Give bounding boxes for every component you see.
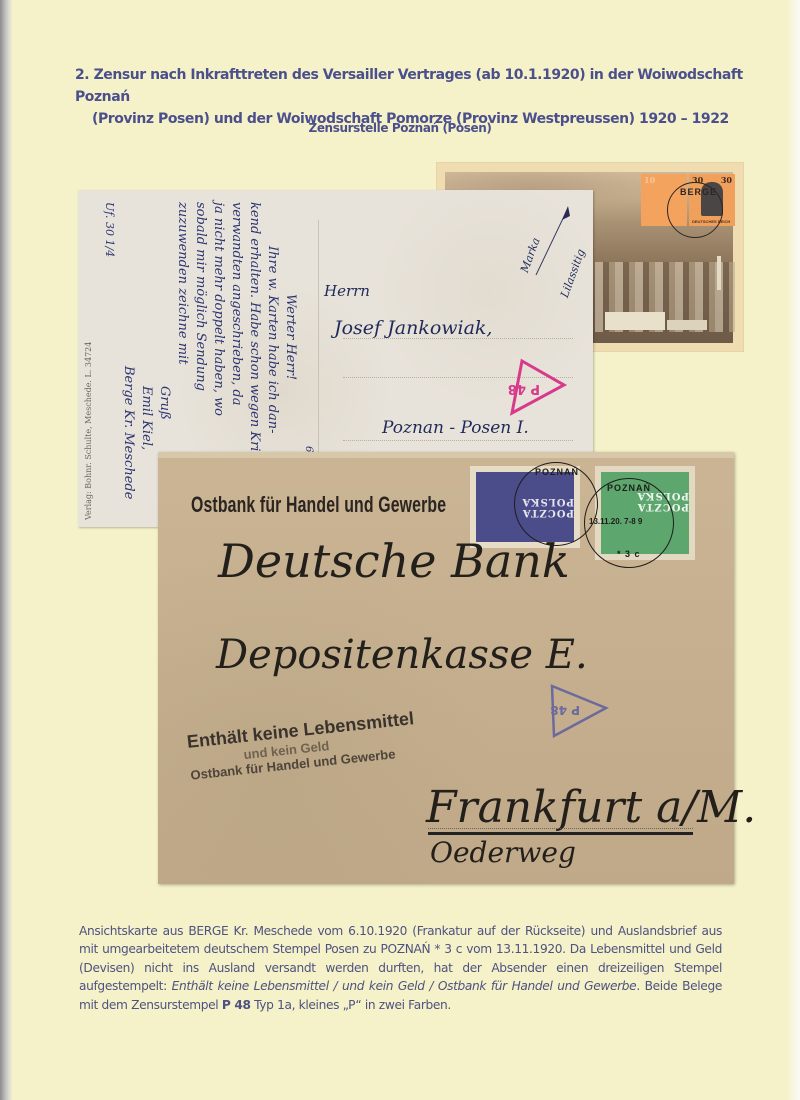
- address-line-2: Depositenkasse E.: [216, 632, 588, 678]
- message-line: zuzuwenden zeichne mit: [175, 202, 190, 364]
- house-image: [605, 312, 665, 330]
- addressee-city: Poznan - Posen I.: [382, 418, 529, 438]
- address-dotted-line: [343, 440, 573, 441]
- envelope: Ostbank für Handel und Gewerbe POCZTA PO…: [158, 452, 734, 884]
- address-underline: [428, 832, 693, 835]
- message-line: sobald mir möglich Sendung: [193, 202, 208, 391]
- stamp-value: 30: [721, 175, 732, 185]
- caption-stamp-quote: Enthält keine Lebensmittel / und kein Ge…: [172, 979, 637, 993]
- caption-censor-id: P 48: [222, 998, 251, 1012]
- message-greeting: Werter Herr!: [283, 294, 298, 380]
- message-signature: Emil Kiel,: [139, 386, 154, 450]
- addressee-name: Josef Jankowiak,: [334, 317, 492, 339]
- page-subtitle: Zensurstelle Poznań (Posen): [0, 121, 800, 135]
- address-line-1: Deutsche Bank: [218, 534, 570, 588]
- envelope-top-edge: [158, 452, 734, 458]
- postmark-berge: BERGE: [667, 182, 723, 238]
- page-right-edge: [786, 0, 800, 1100]
- address-line-4: Oederweg: [430, 836, 576, 869]
- house-image: [667, 320, 707, 330]
- address-salutation: Herrn: [324, 282, 370, 300]
- church-spire-image: [717, 256, 721, 290]
- message-sender-place: Berge Kr. Meschede: [121, 366, 136, 499]
- postmark-town: POZNAŃ: [535, 467, 579, 477]
- message-line: Gruß: [157, 386, 172, 420]
- postmark-poznan-2: POZNAŃ 13.11.20. 7-8 9 * 3 c: [584, 478, 674, 568]
- postmark-date: 13.11.20. 7-8 9: [589, 517, 642, 526]
- censor-stamp-pink-p48: P 48: [508, 357, 568, 417]
- description-caption: Ansichtskarte aus BERGE Kr. Meschede vom…: [79, 922, 722, 1014]
- postmark-town: POZNAŃ: [607, 483, 651, 493]
- arrow-annotation-icon: [528, 200, 578, 280]
- message-line: kend erhalten. Habe schon wegen Krieg: [247, 202, 262, 467]
- address-dotted-line: [428, 828, 693, 829]
- message-side-note: Uf. 30 1/4: [103, 202, 116, 257]
- svg-text:P 48: P 48: [508, 381, 540, 396]
- sender-header: Ostbank für Handel und Gewerbe: [191, 492, 446, 518]
- stamp-value: 10: [644, 175, 655, 185]
- svg-text:P 48: P 48: [550, 703, 580, 717]
- postmark-sub: * 3 c: [617, 549, 641, 559]
- three-line-sender-stamp: Enthält keine Lebensmittel und kein Geld…: [186, 708, 418, 783]
- message-line: ja nicht mehr doppelt haben, wo: [211, 202, 226, 416]
- address-line-3: Frankfurt a/M.: [426, 782, 756, 833]
- message-line: verwandten angeschrieben, da: [229, 202, 244, 406]
- page-left-edge: [0, 0, 12, 1100]
- card-divider-line: [318, 220, 319, 480]
- title-line-1: 2. Zensur nach Inkrafttreten des Versail…: [75, 67, 743, 105]
- message-line: Ihre w. Karten habe ich dan-: [265, 246, 280, 434]
- postmark-town: BERGE: [680, 187, 717, 197]
- censor-stamp-violet-p48: P 48: [550, 682, 610, 738]
- caption-text: Typ 1a, kleines „P“ in zwei Farben.: [251, 998, 451, 1012]
